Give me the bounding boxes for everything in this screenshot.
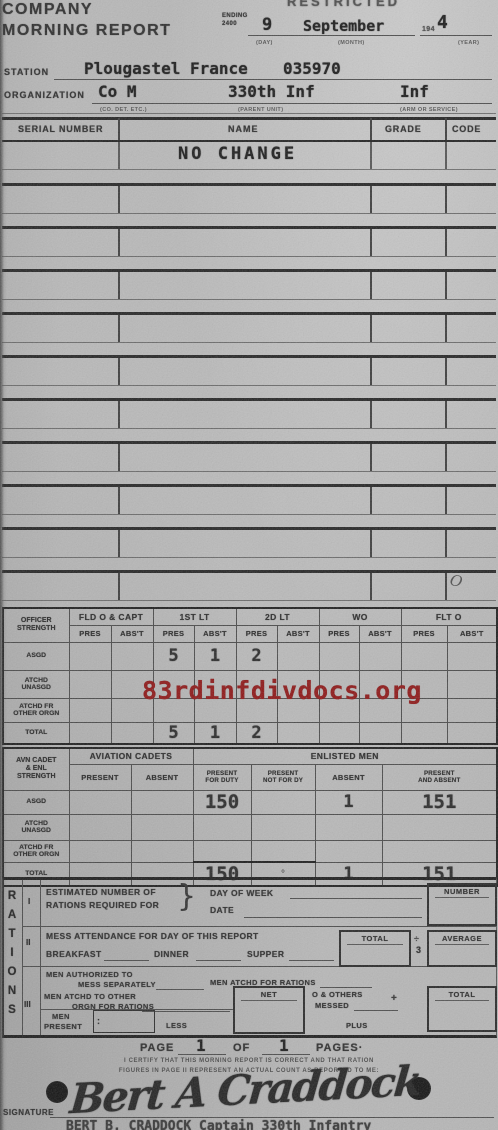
divide-sign: ÷ bbox=[414, 934, 419, 944]
section-i-numeral: I bbox=[28, 897, 30, 906]
roster-header-code: CODE bbox=[452, 124, 481, 134]
mess-attendance-title: MESS ATTENDANCE FOR DAY OF THIS REPORT bbox=[46, 931, 259, 941]
watermark: 83rdinfdivdocs.org bbox=[142, 676, 422, 705]
plus-sign: + bbox=[391, 993, 397, 1004]
col-group-enlisted-men: ENLISTED MEN bbox=[193, 748, 497, 764]
col-group-fldo-capt: FLD O & CAPT bbox=[69, 608, 153, 625]
ending-time-label: 2400 bbox=[222, 21, 237, 27]
men-atchd-other-line1: MEN ATCHD TO OTHER bbox=[44, 992, 136, 1001]
o-and-others-line1: O & OTHERS bbox=[312, 990, 363, 999]
men-authorized-line2: MESS SEPARATELY bbox=[78, 980, 156, 989]
section-ii-numeral: II bbox=[26, 938, 30, 947]
enlisted-strength-table: AVN CADET & ENL STRENGTH AVIATION CADETS… bbox=[2, 747, 498, 887]
station-code: 035970 bbox=[283, 59, 341, 78]
enlisted-row-atchd-unasgd: ATCHD UNASGD bbox=[3, 814, 497, 840]
rations-section: RATIONS I II III ESTIMATED NUMBER OF RAT… bbox=[2, 877, 497, 1038]
morning-report-scan: COMPANY MORNING REPORT RESTRICTED ENDING… bbox=[0, 0, 498, 1130]
average-box: AVERAGE bbox=[427, 930, 497, 967]
roster-blank-row bbox=[2, 269, 496, 300]
roster-header-name: NAME bbox=[228, 124, 259, 134]
col-group-aviation-cadets: AVIATION CADETS bbox=[69, 748, 193, 764]
restricted-stamp: RESTRICTED bbox=[287, 0, 400, 9]
subheader-abst: ABS'T bbox=[359, 625, 401, 642]
col-group-wo: WO bbox=[319, 608, 401, 625]
roster-blank-row bbox=[2, 570, 496, 601]
subheader-abst: ABS'T bbox=[111, 625, 153, 642]
roster-blank-row bbox=[2, 527, 496, 558]
page-label: PAGE bbox=[140, 1042, 174, 1054]
subheader-pres: PRES bbox=[236, 625, 277, 642]
est-rations-line1: ESTIMATED NUMBER OF bbox=[46, 887, 156, 897]
officer-table-title: OFFICER STRENGTH bbox=[3, 608, 69, 642]
organization-parent: 330th Inf bbox=[228, 82, 315, 101]
organization-arm: Inf bbox=[400, 82, 429, 101]
roster-blank-row bbox=[2, 355, 496, 386]
roster-entry: NO CHANGE bbox=[178, 144, 297, 164]
subheader-pres: PRES bbox=[319, 625, 359, 642]
subheader-present-for-duty: PRESENT FOR DUTY bbox=[193, 764, 251, 790]
of-label: OF bbox=[233, 1042, 250, 1054]
station-label: STATION bbox=[4, 67, 49, 77]
roster-blank-row bbox=[2, 183, 496, 214]
est-rations-line2: RATIONS REQUIRED FOR bbox=[46, 900, 159, 910]
enlisted-table-title: AVN CADET & ENL STRENGTH bbox=[3, 748, 69, 790]
rations-vertical-label: RATIONS bbox=[6, 890, 18, 1035]
enlisted-row-atchd-fr-other: ATCHD FR OTHER ORGN bbox=[3, 840, 497, 862]
ending-label: ENDING bbox=[222, 13, 248, 19]
less-label: LESS bbox=[166, 1021, 187, 1030]
men-present-line2: PRESENT bbox=[44, 1022, 82, 1031]
col-group-1st-lt: 1ST LT bbox=[153, 608, 236, 625]
col-group-flt-o: FLT O bbox=[401, 608, 497, 625]
signature-label: SIGNATURE bbox=[3, 1108, 54, 1117]
pages-label: PAGES· bbox=[316, 1042, 363, 1054]
day-sublabel: (DAY) bbox=[256, 40, 273, 46]
scan-edge-shadow bbox=[0, 0, 4, 1130]
o-and-others-line2: MESSED bbox=[315, 1001, 349, 1010]
men-present-line1: MEN bbox=[52, 1012, 70, 1021]
subheader-present-not-for-dy: PRESENT NOT FOR DY bbox=[251, 764, 315, 790]
subheader-pres: PRES bbox=[153, 625, 194, 642]
net-box: NET bbox=[233, 986, 305, 1034]
year-prefix: 194 bbox=[422, 26, 435, 33]
enlisted-row-asgd: ASGD 150 1 151 bbox=[3, 790, 497, 814]
station-value: Plougastel France bbox=[84, 59, 248, 78]
subheader-present-and-absent: PRESENT AND ABSENT bbox=[382, 764, 497, 790]
supper-label: SUPPER bbox=[247, 949, 284, 959]
date-year-value: 4 bbox=[437, 12, 448, 33]
plus-label: PLUS bbox=[346, 1021, 368, 1030]
subheader-present: PRESENT bbox=[69, 764, 131, 790]
roster-blank-row bbox=[2, 441, 496, 472]
form-title-line1: COMPANY bbox=[2, 1, 93, 19]
date-month-value: September bbox=[303, 17, 384, 35]
form-title-line2: MORNING REPORT bbox=[2, 22, 171, 40]
signature-script: Bert A Craddock bbox=[68, 1057, 422, 1124]
subheader-pres: PRES bbox=[401, 625, 447, 642]
month-sublabel: (MONTH) bbox=[338, 40, 365, 46]
men-authorized-line1: MEN AUTHORIZED TO bbox=[46, 970, 133, 979]
date-day-value: 9 bbox=[262, 15, 272, 35]
day-of-week-label: DAY OF WEEK bbox=[210, 888, 273, 898]
typed-name-line: BERT B. CRADDOCK Captain 330th Infantry bbox=[66, 1119, 371, 1130]
col-group-2d-lt: 2D LT bbox=[236, 608, 319, 625]
roster-blank-row bbox=[2, 226, 496, 257]
roster-header-grade: GRADE bbox=[385, 124, 422, 134]
subheader-abst: ABS'T bbox=[194, 625, 236, 642]
subheader-abst: ABS'T bbox=[447, 625, 497, 642]
certify-line1: I CERTIFY THAT THIS MORNING REPORT IS CO… bbox=[0, 1058, 498, 1064]
punch-hole-left bbox=[46, 1081, 68, 1103]
number-box: NUMBER bbox=[427, 883, 497, 926]
subheader-pres: PRES bbox=[69, 625, 111, 642]
roster-blank-row bbox=[2, 398, 496, 429]
organization-unit: Co M bbox=[98, 82, 137, 101]
divide-by-three: 3 bbox=[416, 945, 421, 955]
officer-row-asgd: ASGD 51 2 bbox=[3, 642, 497, 670]
subheader-absent: ABSENT bbox=[131, 764, 193, 790]
brace-glyph: } bbox=[177, 879, 196, 914]
date-label: DATE bbox=[210, 905, 234, 915]
roster-header-serial: SERIAL NUMBER bbox=[18, 124, 103, 134]
officer-row-total: TOTAL 51 2 bbox=[3, 722, 497, 744]
breakfast-label: BREAKFAST bbox=[46, 949, 102, 959]
year-sublabel: (YEAR) bbox=[458, 40, 479, 46]
roster-blank-row bbox=[2, 312, 496, 343]
organization-label: ORGANIZATION bbox=[4, 90, 85, 100]
subheader-absent-2: ABSENT bbox=[315, 764, 382, 790]
dinner-label: DINNER bbox=[154, 949, 189, 959]
section-iii-numeral: III bbox=[24, 1000, 31, 1009]
roster-blank-row bbox=[2, 484, 496, 515]
men-present-box: : bbox=[93, 1010, 155, 1033]
total-box-mess: TOTAL bbox=[339, 930, 411, 967]
total-box-rations: TOTAL bbox=[427, 986, 497, 1032]
subheader-abst: ABS'T bbox=[277, 625, 319, 642]
